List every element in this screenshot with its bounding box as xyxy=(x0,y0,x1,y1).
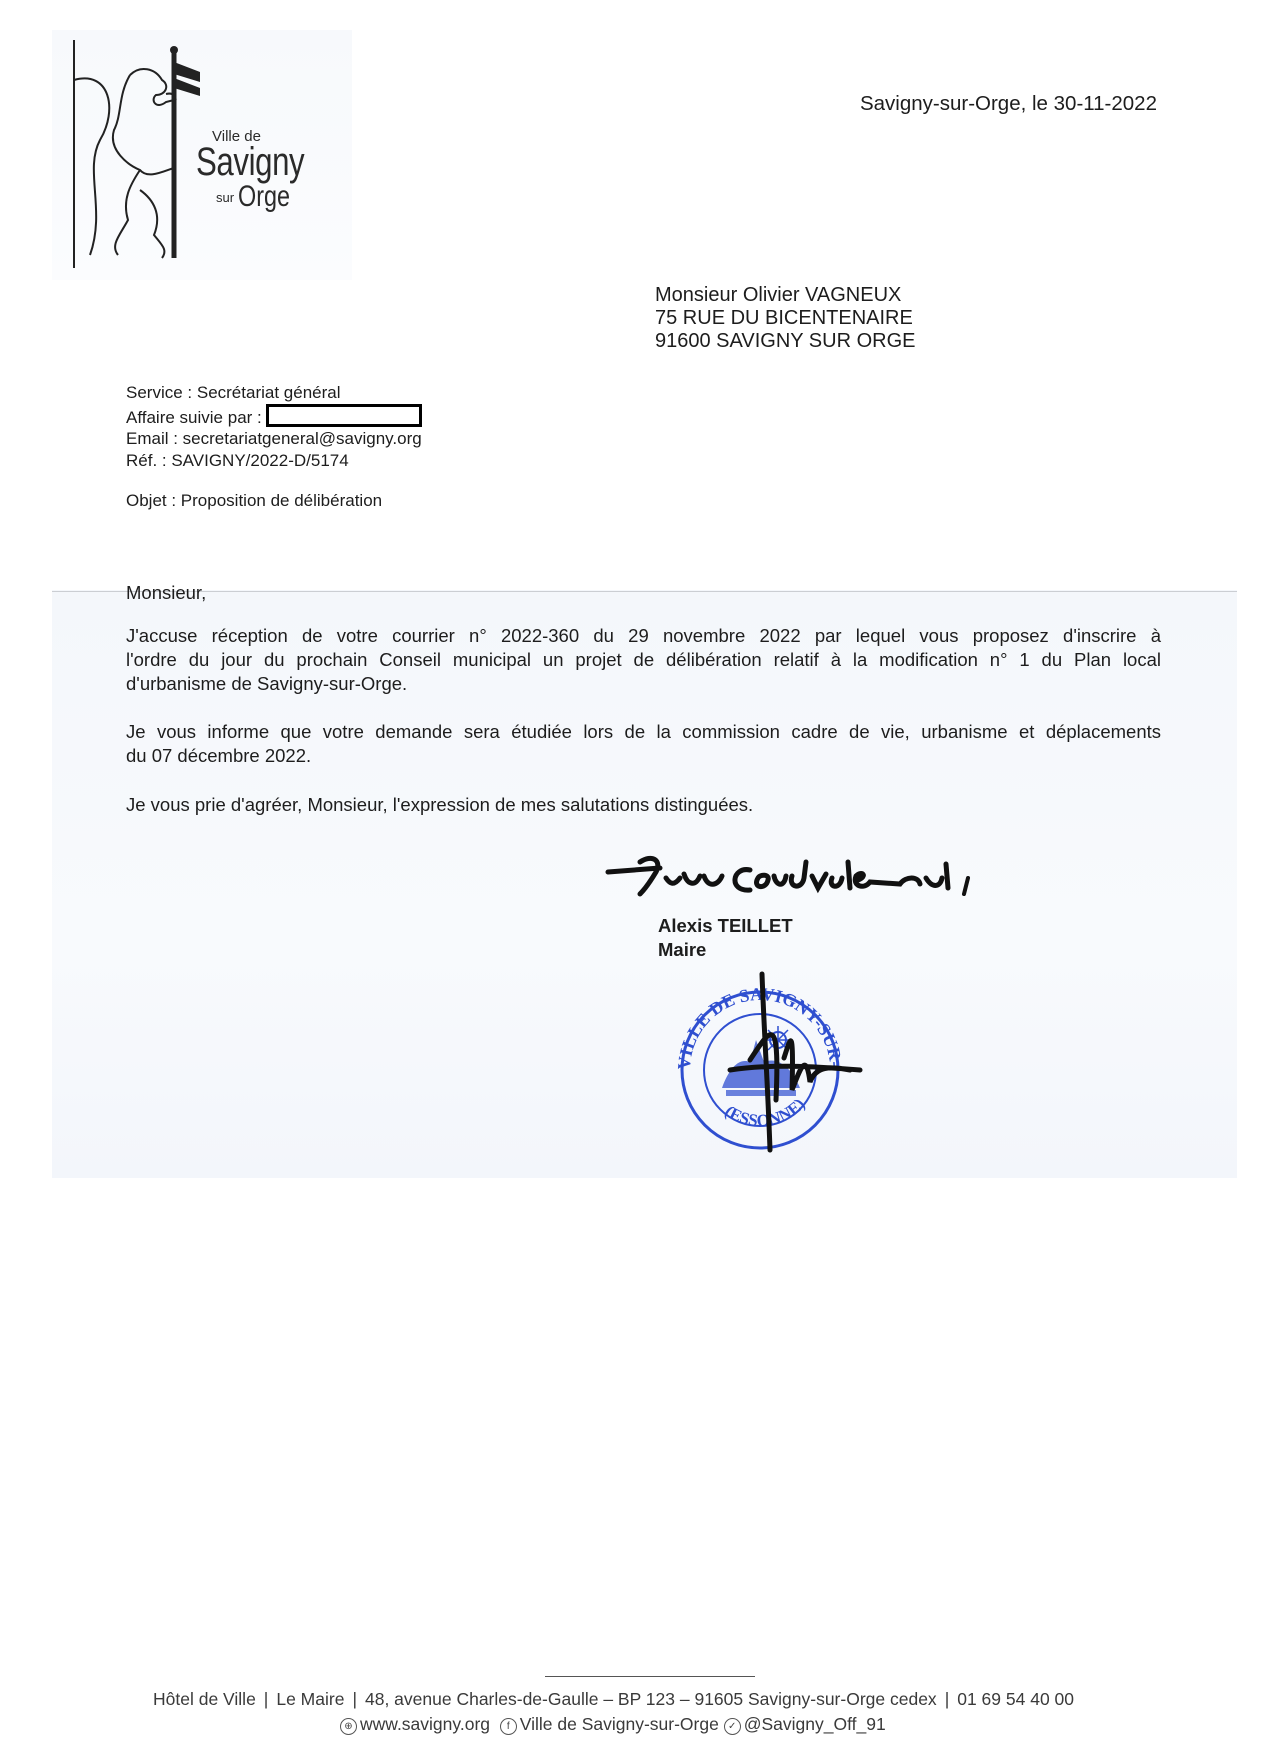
paragraph-line: J'accuse réception de votre courrier n° … xyxy=(126,624,1161,648)
footer-facebook[interactable]: Ville de Savigny-sur-Orge xyxy=(520,1714,719,1734)
paragraph-commission: Je vous informe que votre demande sera é… xyxy=(126,720,1161,768)
footer-address-line: Hôtel de Ville|Le Maire|48, avenue Charl… xyxy=(153,1689,1074,1710)
recipient-city: 91600 SAVIGNY SUR ORGE xyxy=(655,330,915,353)
logo-text-orge: Orge xyxy=(238,180,290,214)
signer-block: Alexis TEILLET Maire xyxy=(658,914,793,962)
service-line: Service : Secrétariat général xyxy=(126,382,422,404)
svg-text:(ESSONNE): (ESSONNE) xyxy=(721,1095,808,1131)
footer-separator: | xyxy=(352,1689,357,1709)
logo-text-sur: sur xyxy=(216,190,234,205)
followed-by-label: Affaire suivie par : xyxy=(126,408,262,427)
paragraph-line: du 07 décembre 2022. xyxy=(126,744,1161,768)
followed-by-line: Affaire suivie par : xyxy=(126,404,422,429)
footer-address: 48, avenue Charles-de-Gaulle – BP 123 – … xyxy=(365,1689,937,1709)
footer-contact-line: ⊕www.savigny.org fVille de Savigny-sur-O… xyxy=(340,1714,886,1735)
footer-separator: | xyxy=(945,1689,950,1709)
twitter-icon: ✓ xyxy=(724,1718,741,1735)
footer-website[interactable]: www.savigny.org xyxy=(360,1714,490,1734)
paragraph-closing: Je vous prie d'agréer, Monsieur, l'expre… xyxy=(126,793,1161,817)
footer-phone: 01 69 54 40 00 xyxy=(957,1689,1074,1709)
paragraph-acknowledgement: J'accuse réception de votre courrier n° … xyxy=(126,624,1161,696)
redacted-box xyxy=(266,404,422,427)
handwritten-closing-icon: Bien cordialement, xyxy=(600,842,1020,907)
footer-twitter[interactable]: @Savigny_Off_91 xyxy=(744,1714,886,1734)
subject-line: Objet : Proposition de délibération xyxy=(126,491,382,511)
facebook-icon: f xyxy=(500,1718,517,1735)
paragraph-line: d'urbanisme de Savigny-sur-Orge. xyxy=(126,672,1161,696)
reference-block: Service : Secrétariat général Affaire su… xyxy=(126,382,422,471)
email-line: Email : secretariatgeneral@savigny.org xyxy=(126,428,422,450)
signer-name: Alexis TEILLET xyxy=(658,914,793,938)
recipient-street: 75 RUE DU BICENTENAIRE xyxy=(655,307,915,330)
recipient-address: Monsieur Olivier VAGNEUX 75 RUE DU BICEN… xyxy=(655,284,915,353)
letter-date: Savigny-sur-Orge, le 30-11-2022 xyxy=(860,92,1157,116)
signer-title: Maire xyxy=(658,938,793,962)
paper-fold-line xyxy=(52,591,1237,592)
footer-separator: | xyxy=(264,1689,269,1709)
paragraph-line: Je vous informe que votre demande sera é… xyxy=(126,720,1161,744)
footer-building: Hôtel de Ville xyxy=(153,1689,256,1709)
globe-icon: ⊕ xyxy=(340,1718,357,1735)
logo-text-savigny: Savigny xyxy=(196,140,304,185)
footer-office: Le Maire xyxy=(276,1689,344,1709)
reference-line: Réf. : SAVIGNY/2022-D/5174 xyxy=(126,450,422,472)
footer-divider xyxy=(545,1676,755,1677)
recipient-name: Monsieur Olivier VAGNEUX xyxy=(655,284,915,307)
official-stamp-icon: VILLE DE SAVIGNY-SUR-ORGE (ESSONNE) xyxy=(660,970,910,1170)
stamp-bottom-text: (ESSONNE) xyxy=(721,1095,808,1131)
paragraph-line: l'ordre du jour du prochain Conseil muni… xyxy=(126,648,1161,672)
salutation: Monsieur, xyxy=(126,582,206,604)
